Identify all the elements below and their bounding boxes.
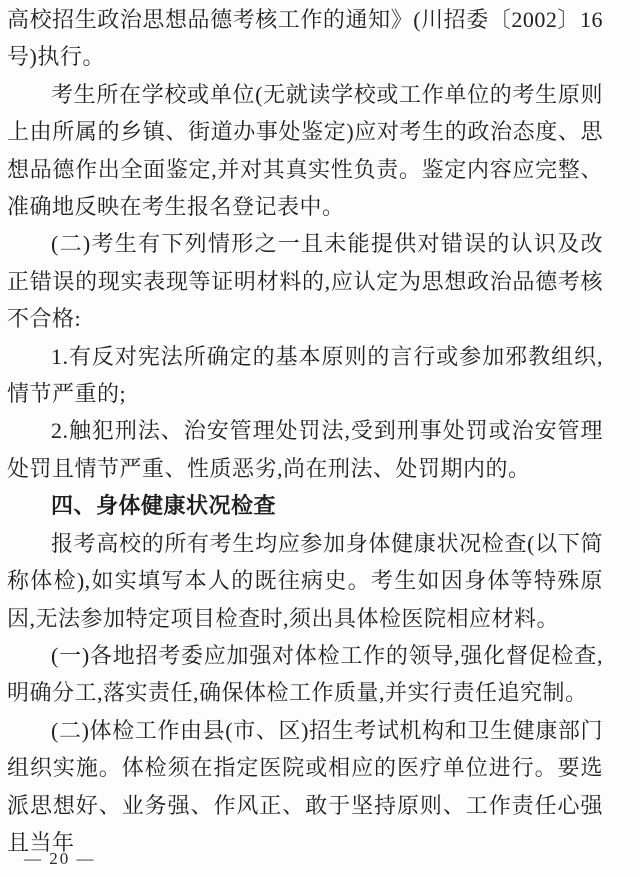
paragraph-item-2: (二)考生有下列情形之一且未能提供对错误的认识及改正错误的现实表现等证明材料的,…	[7, 225, 603, 337]
document-body: 高校招生政治思想品德考核工作的通知》(川招委〔2002〕16 号)执行。 考生所…	[7, 1, 603, 861]
paragraph-exam-requirement: 报考高校的所有考生均应参加身体健康状况检查(以下简称体检),如实填写本人的既往病…	[7, 525, 603, 637]
paragraph-continuation: 高校招生政治思想品德考核工作的通知》(川招委〔2002〕16 号)执行。	[7, 1, 603, 76]
paragraph-appraisal: 考生所在学校或单位(无就读学校或工作单位的考生原则上由所属的乡镇、街道办事处鉴定…	[7, 76, 603, 226]
paragraph-subitem-1: 1.有反对宪法所确定的基本原则的言行或参加邪教组织,情节严重的;	[7, 338, 603, 413]
page-number: — 20 —	[24, 849, 96, 869]
paragraph-exam-item-1: (一)各地招考委应加强对体检工作的领导,强化督促检查,明确分工,落实责任,确保体…	[7, 637, 603, 712]
paragraph-subitem-2: 2.触犯刑法、治安管理处罚法,受到刑事处罚或治安管理处罚且情节严重、性质恶劣,尚…	[7, 412, 603, 487]
document-page: 高校招生政治思想品德考核工作的通知》(川招委〔2002〕16 号)执行。 考生所…	[0, 0, 640, 877]
section-heading-physical-exam: 四、身体健康状况检查	[7, 487, 603, 524]
paragraph-exam-item-2: (二)体检工作由县(市、区)招生考试机构和卫生健康部门组织实施。体检须在指定医院…	[7, 712, 603, 862]
